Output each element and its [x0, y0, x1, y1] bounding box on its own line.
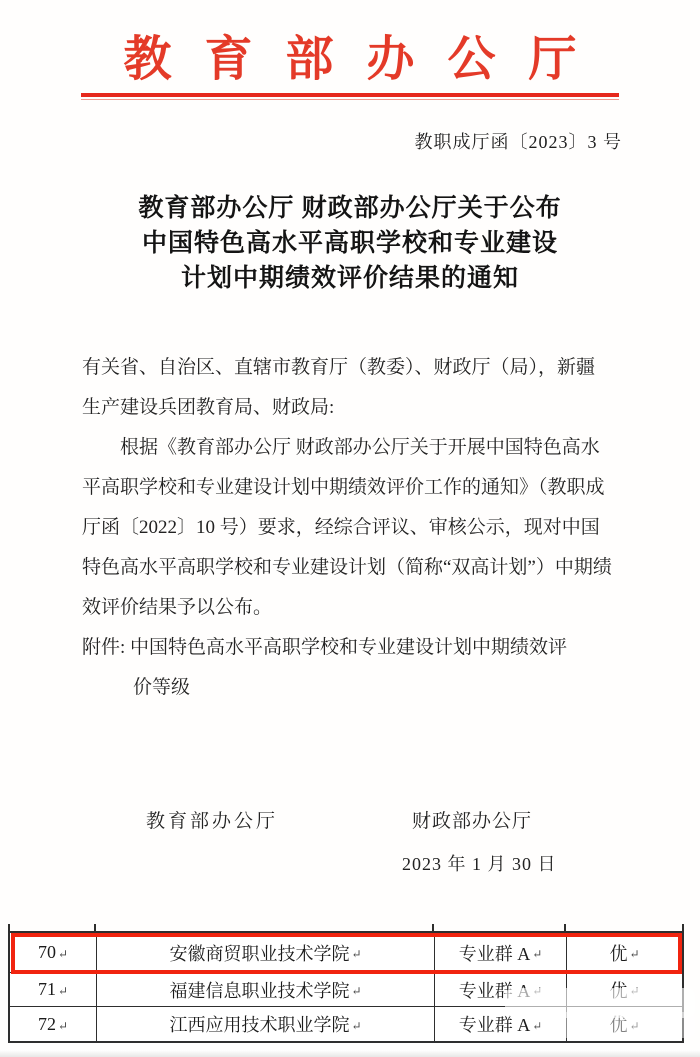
paragraph-mark-icon: ↵ [351, 1019, 361, 1034]
document-page: 教育部办公厅 教职成厅函〔2023〕3 号 教育部办公厅 财政部办公厅关于公布 … [0, 0, 700, 1057]
paragraph-mark-icon: ↵ [58, 984, 68, 999]
row-70-highlight-box [11, 933, 682, 974]
watermark-artifact [540, 1012, 695, 1038]
table-cell-no: 72↵ [10, 1007, 97, 1041]
body-line: 平高职学校和专业建设计划中期绩效评价工作的通知》（教职成 [82, 468, 627, 508]
body-line: 效评价结果予以公布。 [82, 588, 627, 628]
title-line-1: 教育部办公厅 财政部办公厅关于公布 [0, 191, 700, 226]
page-bottom-edge [0, 1050, 700, 1057]
body-line: 根据《教育部办公厅 财政部办公厅关于开展中国特色高水 [82, 428, 627, 468]
attachment-line-2: 价等级 [82, 668, 627, 708]
table-cell-school: 江西应用技术职业学院↵ [97, 1007, 435, 1041]
table-border-stub [94, 924, 96, 931]
row-number: 72 [38, 1014, 56, 1035]
body-line: 特色高水平高职学校和专业建设计划（简称“双高计划”）中期绩 [82, 548, 627, 588]
paragraph-mark-icon: ↵ [58, 1019, 68, 1034]
table-border-stub [564, 924, 566, 931]
school-name: 江西应用技术职业学院 [169, 1011, 349, 1037]
title-line-2: 中国特色高水平高职学校和专业建设 [0, 226, 700, 261]
document-title: 教育部办公厅 财政部办公厅关于公布 中国特色高水平高职学校和专业建设 计划中期绩… [0, 191, 700, 296]
table-cell-school: 福建信息职业技术学院↵ [97, 973, 435, 1007]
title-line-3: 计划中期绩效评价结果的通知 [0, 261, 700, 296]
body-line: 厅函〔2022〕10 号）要求，经综合评议、审核公示，现对中国 [82, 508, 627, 548]
table-border-stub [8, 924, 10, 931]
document-date: 2023 年 1 月 30 日 [402, 850, 557, 876]
attachment-note: 附件: 中国特色高水平高职学校和专业建设计划中期绩效评 价等级 [82, 628, 627, 708]
paragraph-mark-icon: ↵ [351, 984, 361, 999]
document-body: 有关省、自治区、直辖市教育厅（教委）、财政厅（局），新疆 生产建设兵团教育局、财… [82, 348, 627, 628]
row-number: 71 [38, 979, 56, 1000]
salutation-line: 有关省、自治区、直辖市教育厅（教委）、财政厅（局），新疆 [82, 348, 627, 388]
table-border-stub [682, 924, 684, 931]
salutation-line: 生产建设兵团教育局、财政局: [82, 388, 627, 428]
table-border-stub [432, 924, 434, 931]
doc-number: 教职成厅函〔2023〕3 号 [415, 128, 623, 154]
signature-mof: 财政部办公厅 [412, 806, 532, 833]
letterhead-title: 教育部办公厅 [0, 20, 700, 89]
letterhead-divider [81, 93, 619, 97]
letterhead-text: 教育部办公厅 [123, 33, 609, 86]
signature-moe: 教育部办公厅 [146, 806, 278, 833]
school-name: 福建信息职业技术学院 [169, 977, 349, 1003]
attachment-line-1: 附件: 中国特色高水平高职学校和专业建设计划中期绩效评 [82, 628, 627, 668]
table-cell-no: 71↵ [10, 973, 97, 1007]
